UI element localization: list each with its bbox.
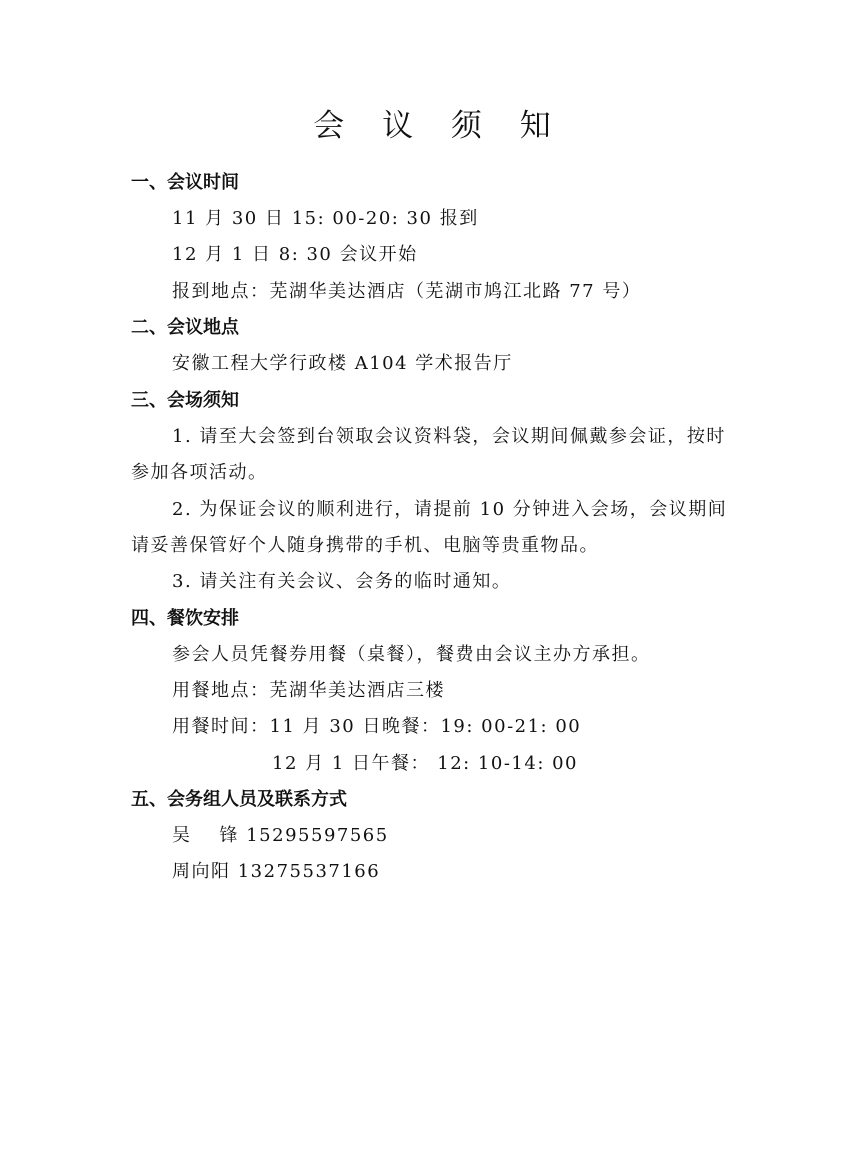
- rule-2-line-2: 请妥善保管好个人随身携带的手机、电脑等贵重物品。: [131, 534, 599, 558]
- rule-1-line-2: 参加各项活动。: [131, 461, 268, 485]
- dining-note: 参会人员凭餐券用餐（桌餐），餐费由会议主办方承担。: [172, 643, 651, 667]
- registration-time: 11 月 30 日 15: 00-20: 30 报到: [172, 207, 479, 231]
- registration-location: 报到地点：芜湖华美达酒店（芜湖市鸠江北路 77 号）: [172, 280, 641, 304]
- section-heading-rules: 三、会场须知: [131, 389, 239, 413]
- contact-row: 周向阳 13275537166: [172, 860, 380, 884]
- dining-time-dinner: 用餐时间：11 月 30 日晚餐：19: 00-21: 00: [172, 715, 581, 739]
- rule-1-line-1: 1. 请至大会签到台领取会议资料袋，会议期间佩戴参会证，按时: [172, 425, 726, 449]
- contact-name: 周向阳: [172, 861, 231, 882]
- dining-time-lunch: 12 月 1 日午餐： 12: 10-14: 00: [272, 752, 578, 776]
- section-heading-time: 一、会议时间: [131, 171, 239, 195]
- contact-name-part: 吴: [172, 825, 192, 846]
- page-title: 会 议 须 知: [0, 100, 864, 145]
- section-heading-dining: 四、餐饮安排: [131, 607, 239, 631]
- contact-phone: 13275537166: [238, 861, 380, 882]
- document-page: 会 议 须 知 一、会议时间 11 月 30 日 15: 00-20: 30 报…: [0, 0, 864, 1172]
- section-heading-contacts: 五、会务组人员及联系方式: [131, 788, 347, 812]
- section-heading-venue: 二、会议地点: [131, 316, 239, 340]
- contact-name-part: 锋: [220, 825, 240, 846]
- venue-text: 安徽工程大学行政楼 A104 学术报告厅: [172, 352, 513, 376]
- meeting-start-time: 12 月 1 日 8: 30 会议开始: [172, 243, 418, 267]
- rule-3: 3. 请关注有关会议、会务的临时通知。: [172, 570, 511, 594]
- contact-row: 吴锋 15295597565: [172, 824, 389, 848]
- dining-location: 用餐地点：芜湖华美达酒店三楼: [172, 679, 445, 703]
- rule-2-line-1: 2. 为保证会议的顺利进行，请提前 10 分钟进入会场，会议期间: [172, 498, 727, 522]
- contact-phone: 15295597565: [246, 825, 388, 846]
